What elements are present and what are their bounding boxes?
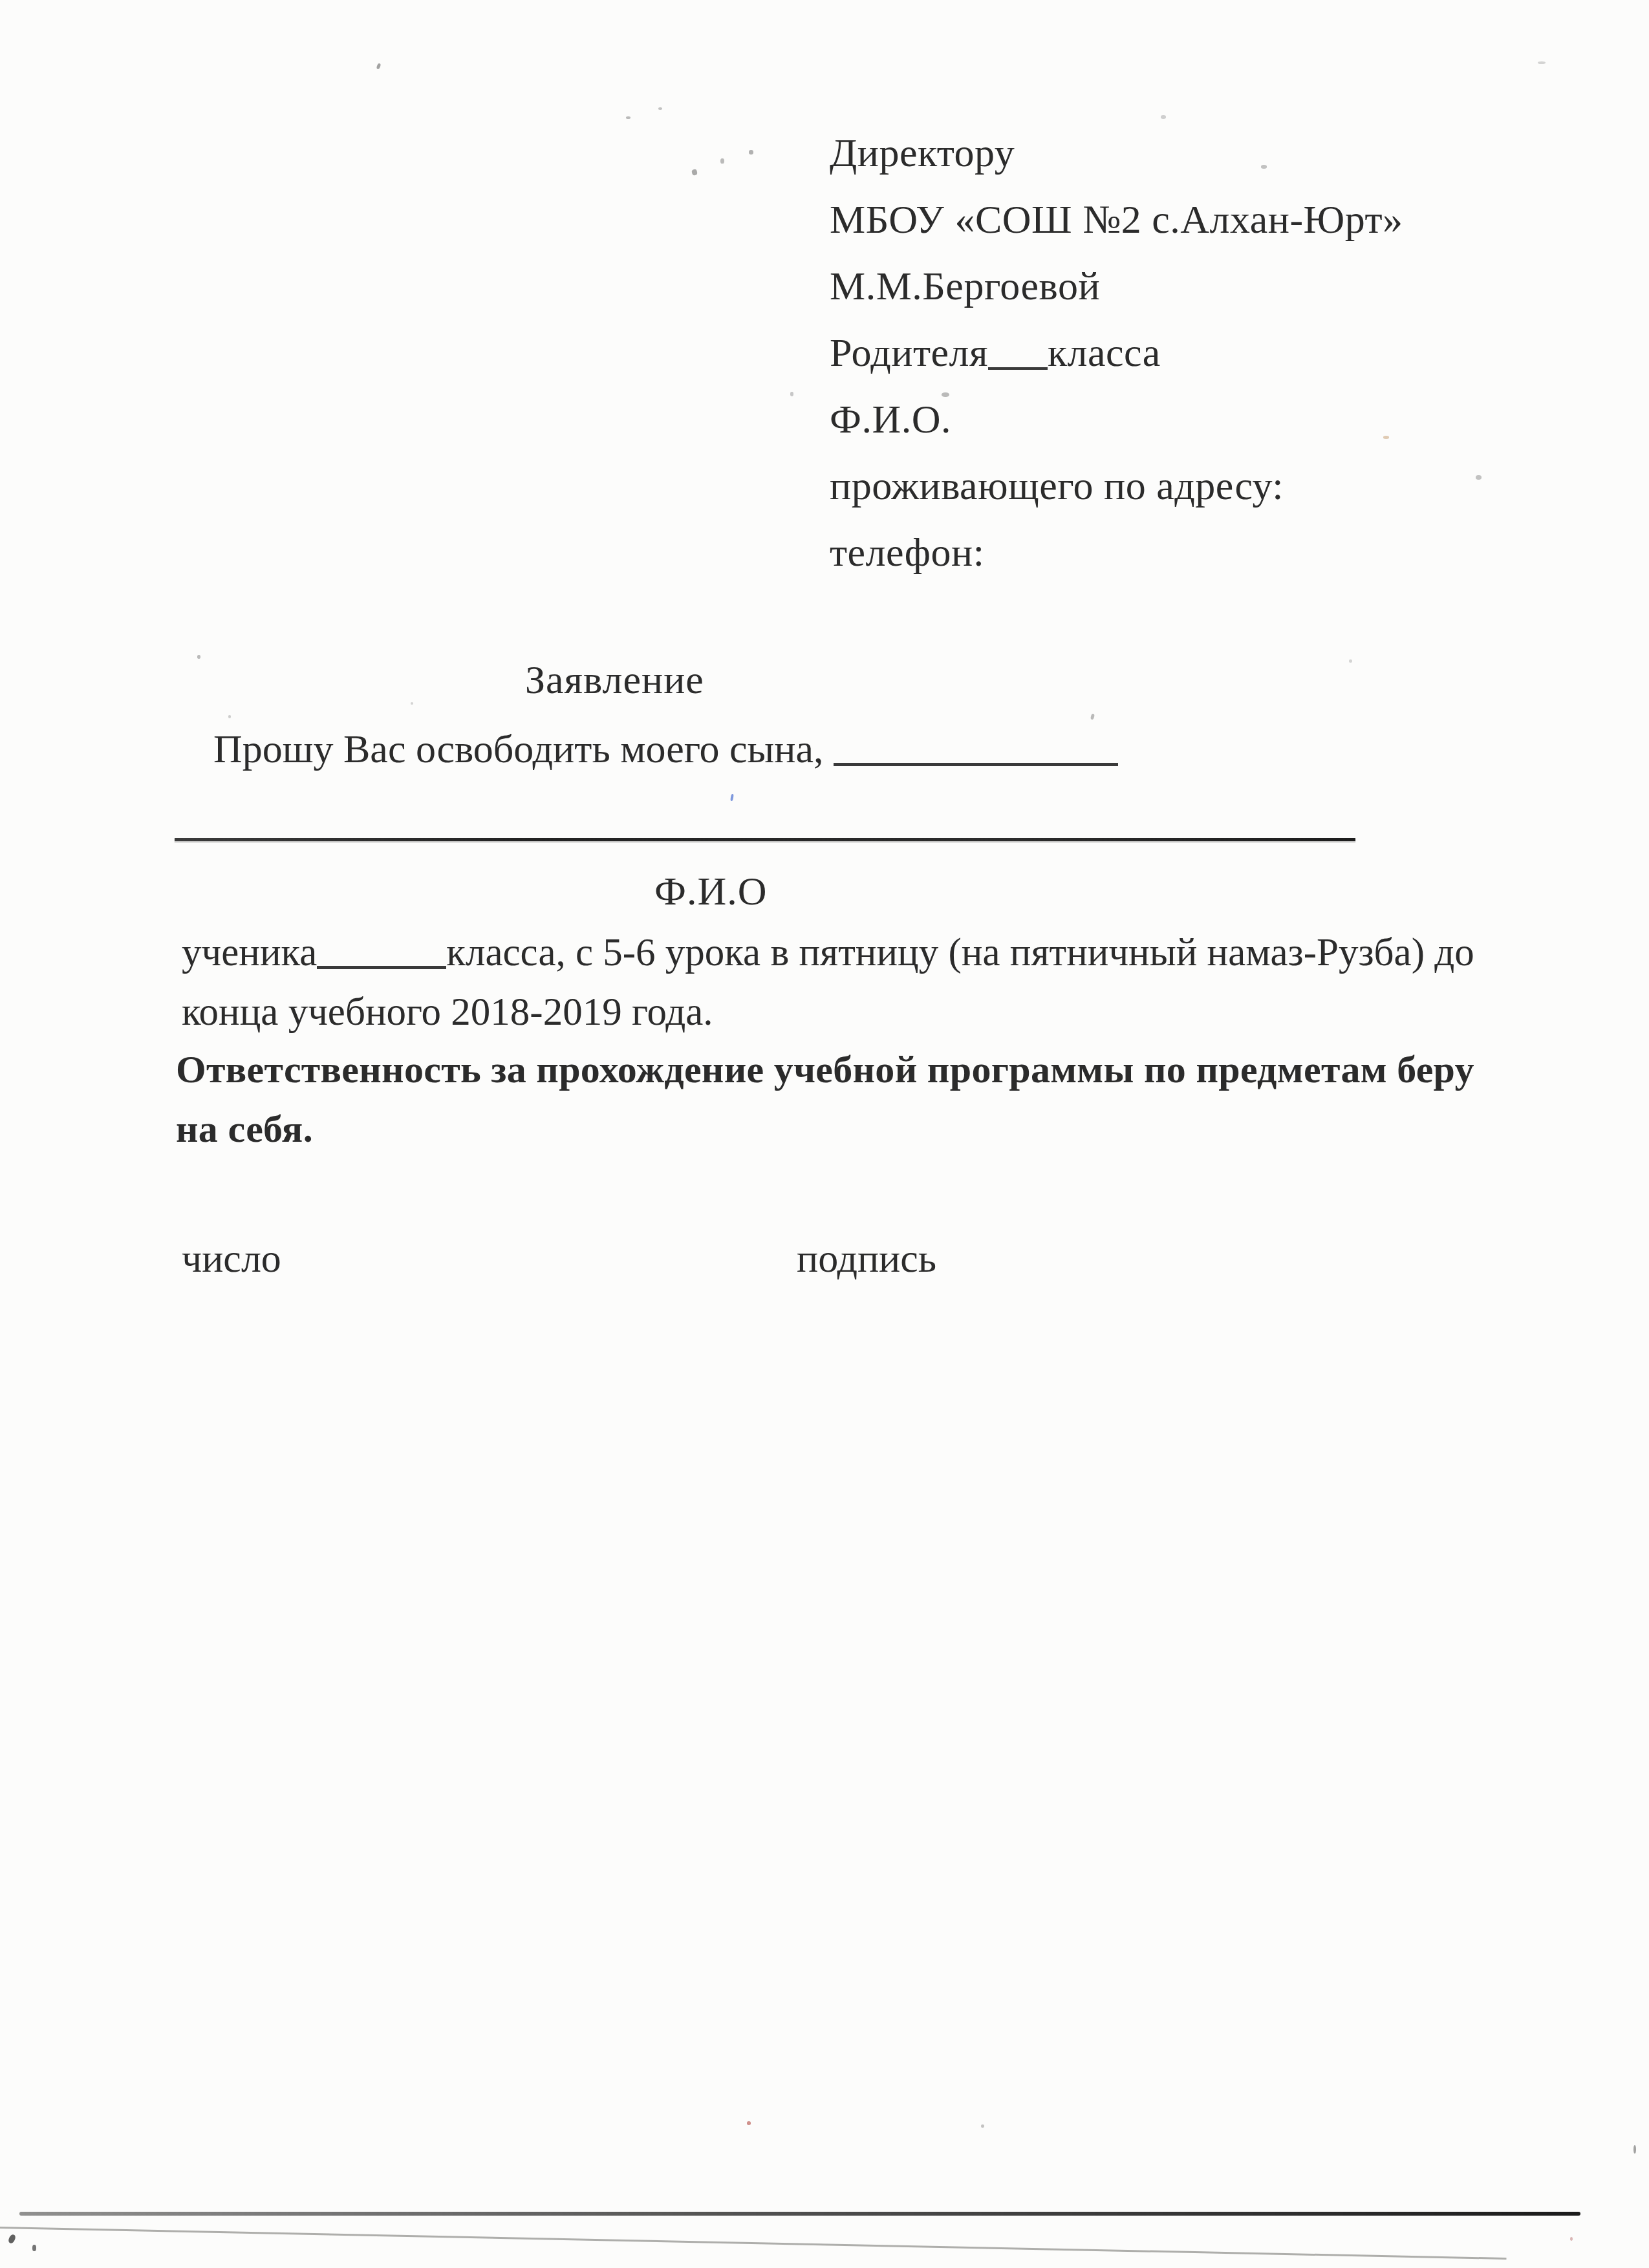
student-prefix: ученика bbox=[182, 931, 317, 974]
scan-speck bbox=[691, 169, 698, 176]
scan-speck bbox=[942, 392, 949, 397]
responsibility-line1: Ответственность за прохождение учебной п… bbox=[176, 1048, 1474, 1091]
scan-speck bbox=[1261, 165, 1267, 169]
scan-speck bbox=[720, 158, 724, 164]
scanned-application-document: Директору МБОУ «СОШ №2 с.Алхан-Юрт» М.М.… bbox=[0, 0, 1649, 2268]
class-blank-underline bbox=[988, 341, 1048, 370]
scan-speck bbox=[981, 2124, 984, 2128]
class-label: класса bbox=[1048, 331, 1161, 375]
scan-speck bbox=[7, 2234, 16, 2244]
scan-speck bbox=[1161, 115, 1166, 119]
recipient-block: Директору МБОУ «СОШ №2 с.Алхан-Юрт» М.М.… bbox=[830, 120, 1403, 586]
parent-label: Родителя bbox=[830, 331, 988, 375]
name-blank-underline bbox=[834, 737, 1118, 766]
recipient-line-address: проживающего по адресу: bbox=[830, 453, 1403, 520]
scan-speck bbox=[730, 794, 734, 802]
scan-speck bbox=[1633, 2145, 1636, 2154]
scan-artifact-line bbox=[19, 2212, 1580, 2216]
scan-speck bbox=[749, 150, 753, 155]
signature-label: подпись bbox=[797, 1236, 936, 1282]
scan-speck bbox=[1476, 475, 1482, 480]
scan-speck bbox=[411, 702, 413, 705]
scan-speck bbox=[1538, 61, 1546, 64]
scan-speck bbox=[228, 715, 231, 718]
scan-speck bbox=[1570, 2237, 1573, 2241]
recipient-line-director-name: М.М.Бергоевой bbox=[830, 253, 1403, 320]
recipient-line-parent-class: Родителякласса bbox=[830, 320, 1403, 387]
scan-speck bbox=[790, 392, 793, 396]
request-line: Прошу Вас освободить моего сына, bbox=[213, 727, 1118, 773]
responsibility-statement: Ответственность за прохождение учебной п… bbox=[176, 1040, 1474, 1159]
scan-speck bbox=[32, 2245, 36, 2251]
student-rest-line1: класса, с 5-6 урока в пятницу (на пятнич… bbox=[446, 931, 1474, 974]
scan-speck bbox=[1090, 714, 1095, 720]
student-paragraph: ученикакласса, с 5-6 урока в пятницу (на… bbox=[182, 923, 1474, 1042]
full-width-underline bbox=[175, 838, 1355, 841]
date-label: число bbox=[182, 1236, 281, 1282]
scan-speck bbox=[1383, 436, 1389, 439]
recipient-line-phone: телефон: bbox=[830, 520, 1403, 586]
fio-caption: Ф.И.О bbox=[654, 869, 768, 915]
request-text: Прошу Вас освободить моего сына, bbox=[213, 727, 823, 771]
scan-speck bbox=[747, 2121, 751, 2125]
recipient-line-fio: Ф.И.О. bbox=[830, 387, 1403, 453]
scan-speck bbox=[626, 116, 630, 119]
recipient-line-school: МБОУ «СОШ №2 с.Алхан-Юрт» bbox=[830, 187, 1403, 253]
scan-speck bbox=[1349, 659, 1352, 663]
scan-diagonal-line bbox=[0, 2227, 1507, 2260]
student-line2: конца учебного 2018-2019 года. bbox=[182, 990, 713, 1034]
responsibility-line2: на себя. bbox=[176, 1107, 313, 1150]
student-class-blank-underline bbox=[317, 940, 446, 969]
scan-speck bbox=[376, 63, 382, 69]
application-title: Заявление bbox=[525, 658, 704, 703]
scan-speck bbox=[197, 655, 200, 659]
recipient-line-director: Директору bbox=[830, 120, 1403, 187]
scan-speck bbox=[658, 107, 662, 110]
